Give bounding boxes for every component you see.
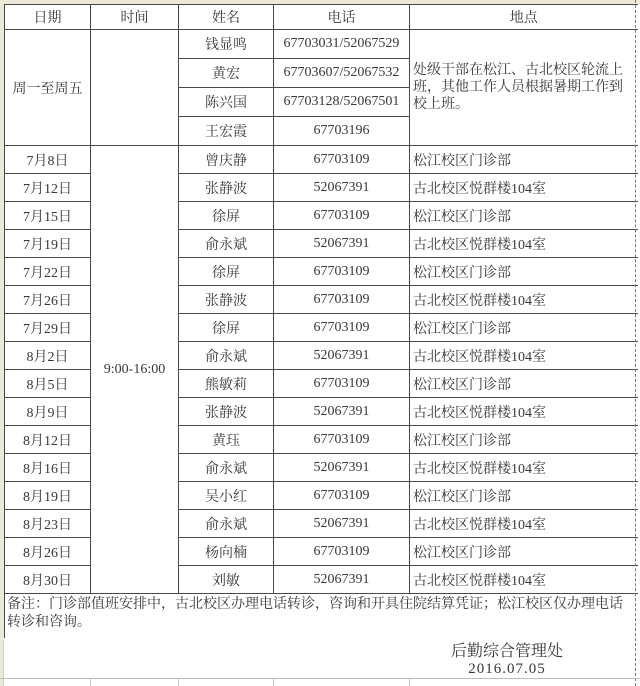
name-cell: 曾庆静 (179, 146, 274, 174)
date-cell: 7月29日 (5, 314, 91, 342)
table-row: 周一至周五 钱显鸣 67703031/52067529 处级干部在松江、古北校区… (5, 30, 638, 59)
phone-cell: 52067391 (274, 174, 410, 202)
left-faint-gridline (3, 640, 4, 686)
phone-cell: 67703196 (274, 117, 410, 146)
date-cell: 8月9日 (5, 398, 91, 426)
col-header-time: 时间 (91, 5, 179, 30)
phone-cell: 67703109 (274, 258, 410, 286)
date-cell: 7月12日 (5, 174, 91, 202)
date-cell: 8月5日 (5, 370, 91, 398)
weekday-group-rows: 周一至周五 钱显鸣 67703031/52067529 处级干部在松江、古北校区… (5, 30, 638, 146)
location-cell: 松江校区门诊部 (410, 258, 638, 286)
location-cell: 松江校区门诊部 (410, 482, 638, 510)
table-row: 7月8日 9:00-16:00 曾庆静 67703109 松江校区门诊部 (5, 146, 638, 174)
table-header: 日期 时间 姓名 电话 地点 (5, 5, 638, 30)
duty-schedule-table: 日期 时间 姓名 电话 地点 周一至周五 钱显鸣 67703031/520675… (4, 4, 638, 594)
phone-cell: 67703109 (274, 202, 410, 230)
phone-cell: 67703109 (274, 482, 410, 510)
name-cell: 钱显鸣 (179, 30, 274, 59)
phone-cell: 67703128/52067501 (274, 88, 410, 117)
time-cell: 9:00-16:00 (91, 146, 179, 594)
location-cell: 古北校区悦群楼104室 (410, 230, 638, 258)
weekday-date-cell: 周一至周五 (5, 30, 91, 146)
location-cell: 古北校区悦群楼104室 (410, 286, 638, 314)
phone-cell: 52067391 (274, 454, 410, 482)
name-cell: 俞永斌 (179, 454, 274, 482)
name-cell: 俞永斌 (179, 342, 274, 370)
phone-cell: 67703109 (274, 538, 410, 566)
name-cell: 张静波 (179, 174, 274, 202)
spreadsheet-area: 日期 时间 姓名 电话 地点 周一至周五 钱显鸣 67703031/520675… (4, 4, 640, 686)
bottom-column-gridline (90, 678, 91, 686)
phone-cell: 67703109 (274, 370, 410, 398)
phone-cell: 67703109 (274, 286, 410, 314)
phone-cell: 52067391 (274, 510, 410, 538)
phone-cell: 67703109 (274, 426, 410, 454)
name-cell: 徐屏 (179, 314, 274, 342)
date-cell: 8月12日 (5, 426, 91, 454)
date-cell: 8月16日 (5, 454, 91, 482)
name-cell: 徐屏 (179, 258, 274, 286)
name-cell: 刘敏 (179, 566, 274, 594)
col-header-phone: 电话 (274, 5, 410, 30)
phone-cell: 52067391 (274, 566, 410, 594)
date-cell: 8月26日 (5, 538, 91, 566)
name-cell: 陈兴国 (179, 88, 274, 117)
phone-cell: 67703109 (274, 146, 410, 174)
page-break-dashed-line (635, 0, 636, 686)
name-cell: 黄宏 (179, 59, 274, 88)
name-cell: 熊敏莉 (179, 370, 274, 398)
col-header-location: 地点 (410, 5, 638, 30)
date-cell: 8月2日 (5, 342, 91, 370)
phone-cell: 67703109 (274, 314, 410, 342)
location-cell: 古北校区悦群楼104室 (410, 398, 638, 426)
weekday-time-cell (91, 30, 179, 146)
phone-cell: 67703607/52067532 (274, 59, 410, 88)
date-cell: 8月23日 (5, 510, 91, 538)
location-cell: 松江校区门诊部 (410, 426, 638, 454)
name-cell: 张静波 (179, 398, 274, 426)
location-cell: 古北校区悦群楼104室 (410, 510, 638, 538)
date-cell: 7月19日 (5, 230, 91, 258)
name-cell: 吴小红 (179, 482, 274, 510)
signature-date: 2016.07.05 (407, 661, 607, 678)
name-cell: 王宏霞 (179, 117, 274, 146)
date-cell: 8月19日 (5, 482, 91, 510)
phone-cell: 67703031/52067529 (274, 30, 410, 59)
bottom-column-gridline (409, 678, 410, 686)
date-cell: 7月26日 (5, 286, 91, 314)
date-cell: 7月15日 (5, 202, 91, 230)
note-text: 备注：门诊部值班安排中，古北校区办理电话转诊，咨询和开具住院结算凭证；松江校区仅… (4, 594, 636, 638)
location-cell: 松江校区门诊部 (410, 202, 638, 230)
name-cell: 黄珏 (179, 426, 274, 454)
phone-cell: 52067391 (274, 398, 410, 426)
name-cell: 张静波 (179, 286, 274, 314)
location-cell: 松江校区门诊部 (410, 146, 638, 174)
phone-cell: 52067391 (274, 230, 410, 258)
col-header-name: 姓名 (179, 5, 274, 30)
bottom-faint-gridline (0, 678, 640, 679)
location-cell: 古北校区悦群楼104室 (410, 174, 638, 202)
signature-department: 后勤综合管理处 (407, 642, 607, 661)
signature-block: 后勤综合管理处 2016.07.05 (407, 642, 607, 678)
date-cell: 7月22日 (5, 258, 91, 286)
location-cell: 松江校区门诊部 (410, 314, 638, 342)
name-cell: 杨向楠 (179, 538, 274, 566)
col-header-date: 日期 (5, 5, 91, 30)
bottom-column-gridline (178, 678, 179, 686)
phone-cell: 52067391 (274, 342, 410, 370)
location-cell: 古北校区悦群楼104室 (410, 342, 638, 370)
location-cell: 古北校区悦群楼104室 (410, 566, 638, 594)
location-cell: 松江校区门诊部 (410, 370, 638, 398)
name-cell: 徐屏 (179, 202, 274, 230)
location-cell: 松江校区门诊部 (410, 538, 638, 566)
location-cell: 古北校区悦群楼104室 (410, 454, 638, 482)
header-row: 日期 时间 姓名 电话 地点 (5, 5, 638, 30)
date-cell: 7月8日 (5, 146, 91, 174)
daily-rows: 7月8日 9:00-16:00 曾庆静 67703109 松江校区门诊部 7月1… (5, 146, 638, 594)
weekday-location-cell: 处级干部在松江、古北校区轮流上班，其他工作人员根据暑期工作到校上班。 (410, 30, 638, 146)
name-cell: 俞永斌 (179, 230, 274, 258)
name-cell: 俞永斌 (179, 510, 274, 538)
date-cell: 8月30日 (5, 566, 91, 594)
bottom-column-gridline (273, 678, 274, 686)
